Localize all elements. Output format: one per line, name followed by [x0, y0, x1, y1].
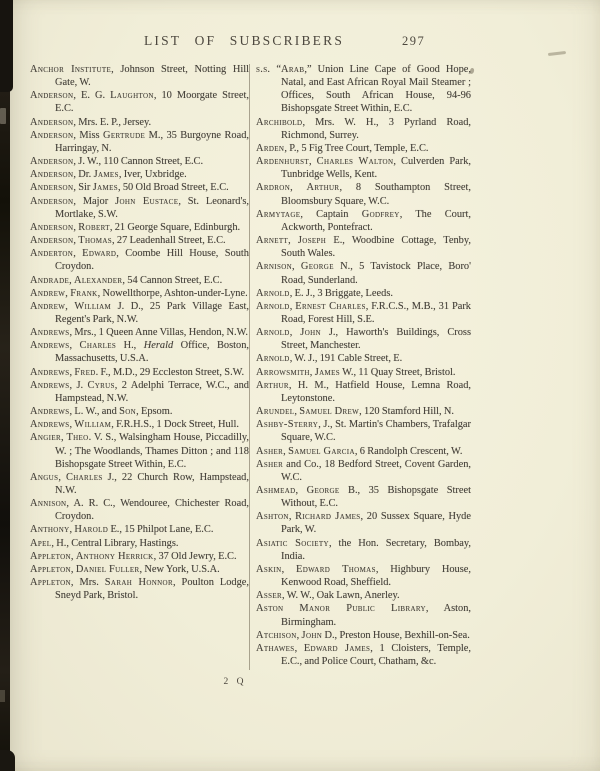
column-divider-rule: [249, 64, 250, 670]
subscriber-entry: Asher, Samuel Garcia, 6 Randolph Crescen…: [256, 445, 471, 458]
subscriber-column-right: s.s. “Arab,” Union Line Cape of Good Hop…: [256, 63, 471, 668]
subscriber-entry: Ashby-Sterry, J., St. Martin's Chambers,…: [256, 418, 471, 444]
subscriber-entry: Archibold, Mrs. W. H., 3 Pyrland Road, R…: [256, 116, 471, 142]
subscriber-entry: Arnold, Ernest Charles, F.R.C.S., M.B., …: [256, 300, 471, 326]
subscriber-entry: Andrews, L. W., and Son, Epsom.: [30, 405, 249, 418]
page-number: 297: [402, 34, 446, 49]
subscriber-entry: Anderson, Robert, 21 George Square, Edin…: [30, 221, 249, 234]
subscriber-entry: Appleton, Anthony Herrick, 37 Old Jewry,…: [30, 550, 249, 563]
subscriber-entry: Anderson, J. W., 110 Cannon Street, E.C.: [30, 155, 249, 168]
scan-edge-notch: [0, 108, 6, 124]
scan-smudge: [548, 51, 566, 56]
scan-edge-corner: [0, 750, 15, 771]
subscriber-entry: Andrade, Alexander, 54 Cannon Street, E.…: [30, 274, 249, 287]
subscriber-entry: Arnold, W. J., 191 Cable Street, E.: [256, 352, 471, 365]
subscriber-entry: Arrowsmith, James W., 11 Quay Street, Br…: [256, 366, 471, 379]
signature-mark: 2 Q: [15, 677, 455, 687]
subscriber-entry: Anderton, Edward, Coombe Hill House, Sou…: [30, 247, 249, 273]
subscriber-entry: Andrews, J. Cyrus, 2 Adelphi Terrace, W.…: [30, 379, 249, 405]
subscriber-entry: Andrew, Frank, Nowellthorpe, Ashton-unde…: [30, 287, 249, 300]
subscriber-entry: Anderson, E. G. Laughton, 10 Moorgate St…: [30, 89, 249, 115]
subscriber-entry: Annison, A. R. C., Wendouree, Chichester…: [30, 497, 249, 523]
subscriber-entry: Arnett, Joseph E., Woodbine Cottage, Ten…: [256, 234, 471, 260]
subscriber-entry: Apel, H., Central Library, Hastings.: [30, 537, 249, 550]
subscriber-entry: Andrews, Mrs., 1 Queen Anne Villas, Hend…: [30, 326, 249, 339]
subscriber-entry: Ashmead, George B., 35 Bishopsgate Stree…: [256, 484, 471, 510]
subscriber-entry: Asser, W. W., Oak Lawn, Anerley.: [256, 589, 471, 602]
subscriber-entry: Arden, P., 5 Fig Tree Court, Temple, E.C…: [256, 142, 471, 155]
subscriber-entry: Angier, Theo. V. S., Walsingham House, P…: [30, 431, 249, 470]
subscriber-entry: Arundel, Samuel Drew, 120 Stamford Hill,…: [256, 405, 471, 418]
subscriber-entry: Arnold, E. J., 3 Briggate, Leeds.: [256, 287, 471, 300]
subscriber-entry: Athawes, Edward James, 1 Cloisters, Temp…: [256, 642, 471, 668]
subscriber-entry: Anderson, Miss Gertrude M., 35 Burgoyne …: [30, 129, 249, 155]
subscriber-entry: s.s. “Arab,” Union Line Cape of Good Hop…: [256, 63, 471, 116]
subscriber-entry: Ardron, Arthur, 8 Southampton Street, Bl…: [256, 181, 471, 207]
subscriber-entry: Arnison, George N., 5 Tavistock Place, B…: [256, 260, 471, 286]
scan-edge-artifact-top: [0, 0, 13, 92]
subscriber-entry: Aston Manor Public Library, Aston, Birmi…: [256, 602, 471, 628]
subscriber-entry: Atchison, John D., Preston House, Bexhil…: [256, 629, 471, 642]
subscriber-entry: Askin, Edward Thomas, Highbury House, Ke…: [256, 563, 471, 589]
scanned-page: LIST OF SUBSCRIBERS 297 Anchor Institute…: [0, 0, 600, 771]
subscriber-entry: Armytage, Captain Godfrey, The Court, Ac…: [256, 208, 471, 234]
subscriber-entry: Andrews, William, F.R.H.S., 1 Dock Stree…: [30, 418, 249, 431]
page-title: LIST OF SUBSCRIBERS: [30, 33, 458, 49]
subscriber-entry: Anderson, Sir James, 50 Old Broad Street…: [30, 181, 249, 194]
subscriber-entry: Arnold, John J., Haworth's Buildings, Cr…: [256, 326, 471, 352]
subscriber-entry: Anthony, Harold E., 15 Philpot Lane, E.C…: [30, 523, 249, 536]
subscriber-entry: Arthur, H. M., Hatfield House, Lemna Roa…: [256, 379, 471, 405]
subscriber-entry: Anderson, Dr. James, Iver, Uxbridge.: [30, 168, 249, 181]
scan-edge-notch: [0, 690, 5, 702]
subscriber-entry: Anderson, Mrs. E. P., Jersey.: [30, 116, 249, 129]
subscriber-entry: Ardenhurst, Charles Walton, Culverden Pa…: [256, 155, 471, 181]
subscriber-entry: Asher and Co., 18 Bedford Street, Covent…: [256, 458, 471, 484]
subscriber-entry: Ashton, Richard James, 20 Sussex Square,…: [256, 510, 471, 536]
subscriber-entry: Angus, Charles J., 22 Church Row, Hampst…: [30, 471, 249, 497]
subscriber-entry: Anderson, Thomas, 27 Leadenhall Street, …: [30, 234, 249, 247]
subscriber-entry: Appleton, Daniel Fuller, New York, U.S.A…: [30, 563, 249, 576]
subscriber-entry: Anderson, Major John Eustace, St. Leonar…: [30, 195, 249, 221]
subscriber-entry: Anchor Institute, Johnson Street, Nottin…: [30, 63, 249, 89]
subscriber-entry: Andrews, Charles H., Herald Office, Bost…: [30, 339, 249, 365]
subscriber-column-left: Anchor Institute, Johnson Street, Nottin…: [30, 63, 249, 602]
subscriber-entry: Appleton, Mrs. Sarah Honnor, Poulton Lod…: [30, 576, 249, 602]
subscriber-entry: Andrew, William J. D., 25 Park Village E…: [30, 300, 249, 326]
subscriber-entry: Andrews, Fred. F., M.D., 29 Eccleston St…: [30, 366, 249, 379]
subscriber-entry: Asiatic Society, the Hon. Secretary, Bom…: [256, 537, 471, 563]
